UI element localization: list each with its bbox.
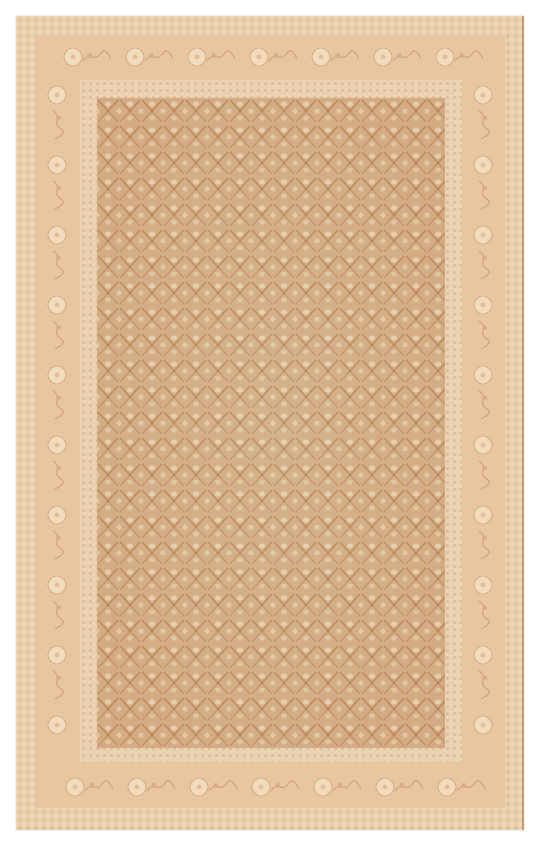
rug-edge-binding — [522, 16, 524, 830]
rug-field — [97, 98, 445, 748]
field-herati-pattern — [97, 98, 445, 748]
rug — [16, 16, 524, 830]
